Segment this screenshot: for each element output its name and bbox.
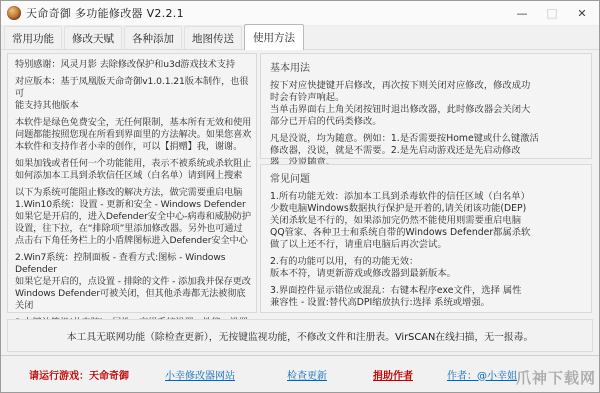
- author-link[interactable]: 作者：@小幸姐: [447, 367, 517, 382]
- faq-paragraph-dpi: 3.界面控件显示错位或混乱：右键本程序exe文件，选择 属性 兼容性 - 设置:…: [270, 285, 583, 309]
- tab-common-functions[interactable]: 常用功能: [4, 26, 62, 50]
- info-paragraph-whitelist: 如果加钱或者任何一个功能能用，表示不被系统或杀软阻止 如何添加本工具到杀软信任区…: [15, 158, 252, 182]
- run-game-status: 请运行游戏：天命奇御: [29, 367, 129, 382]
- donate-link[interactable]: 捐助作者: [373, 367, 413, 382]
- site-watermark: 爪神下载网: [516, 367, 596, 388]
- minimize-button[interactable]: —: [507, 2, 537, 24]
- check-update-link[interactable]: 检查更新: [287, 367, 327, 382]
- faq-paragraph-all-invalid: 1.所有功能无效：添加本工具到杀毒软件的信任区域（白名单） 少数电脑Window…: [270, 191, 583, 251]
- footer-note: 本工具无联网功能（除检查更新），无按键监视功能，不修改文件和注册表。VirSCA…: [67, 329, 534, 343]
- maximize-button[interactable]: □: [537, 2, 567, 24]
- faq-title: 常见问题: [270, 170, 583, 185]
- tab-map-teleport[interactable]: 地图传送: [184, 26, 242, 50]
- app-icon: [7, 6, 21, 20]
- close-button[interactable]: ✕: [567, 2, 597, 24]
- info-panel: 特别感谢：风灵月影 去除修改保护和u3d游戏技术支持 对应版本：基于凤凰版天命奇…: [7, 53, 257, 313]
- info-paragraph-thanks: 特别感谢：风灵月影 去除修改保护和u3d游戏技术支持: [15, 59, 252, 71]
- faq-groupbox: 常见问题 1.所有功能无效：添加本工具到杀毒软件的信任区域（白名单） 少数电脑W…: [260, 164, 592, 313]
- status-bar: 请运行游戏：天命奇御 小幸修改器网站 检查更新 捐助作者 作者：@小幸姐: [1, 355, 599, 392]
- faq-paragraph-partial-invalid: 2.有的功能可以用，有的功能无效： 版本不符，请更新游戏或修改器到最新版本。: [270, 256, 583, 280]
- info-paragraph-win7: 2.Win7系统：控制面板 - 查看方式:图标 - Windows Defend…: [15, 252, 252, 312]
- tab-add-items[interactable]: 各种添加: [124, 26, 182, 50]
- basic-usage-groupbox: 基本用法 按下对应快捷键开启修改，再次按下则关闭对应修改，修改成功 时会有铃声响…: [260, 53, 592, 159]
- info-paragraph-free: 本软件是绿色免费安全，无任何限制，基本所有无效和使用 问题都能按照您现在所看到界…: [15, 117, 252, 153]
- info-paragraph-version: 对应版本：基于凤凰版天命奇御v1.0.1.21版本制作，也很可 能支持其他版本: [15, 76, 252, 112]
- website-link[interactable]: 小幸修改器网站: [165, 367, 235, 382]
- window-title: 天命奇御 多功能修改器 V2.2.1: [26, 5, 184, 21]
- basic-usage-title: 基本用法: [270, 59, 583, 74]
- tab-modify-talent[interactable]: 修改天赋: [64, 26, 122, 50]
- footer-note-box: 本工具无联网功能（除检查更新），无按键监视功能，不修改文件和注册表。VirSCA…: [7, 319, 593, 352]
- tab-usage-active[interactable]: 使用方法: [244, 24, 304, 50]
- info-paragraph-win10: 以下为系统可能阻止修改的解决方法，做完需要重启电脑 1.Win10系统：设置 -…: [15, 187, 252, 247]
- title-bar: 天命奇御 多功能修改器 V2.2.1 — □ ✕: [1, 1, 599, 26]
- app-window: 天命奇御 多功能修改器 V2.2.1 — □ ✕ 常用功能 修改天赋 各种添加 …: [0, 0, 600, 393]
- basic-usage-paragraph-hotkeys: 按下对应快捷键开启修改，再次按下则关闭对应修改，修改成功 时会有铃声响起。 当单…: [270, 80, 583, 128]
- tab-bar: 常用功能 修改天赋 各种添加 地图传送 使用方法: [1, 26, 599, 50]
- window-controls: — □ ✕: [507, 1, 597, 25]
